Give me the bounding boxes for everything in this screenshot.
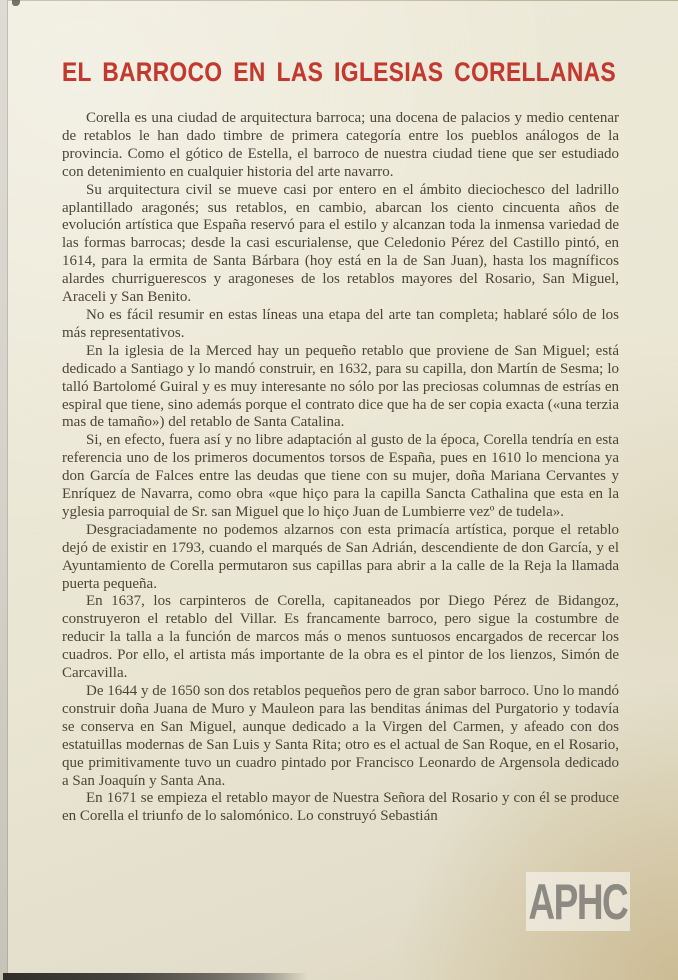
paragraph: De 1644 y de 1650 son dos retablos peque… xyxy=(62,683,619,790)
watermark-label: APHC xyxy=(529,877,628,927)
scan-edge-left xyxy=(0,0,8,980)
paragraph: No es fácil resumir en estas líneas una … xyxy=(62,307,619,343)
paragraph: Desgraciadamente no podemos alzarnos con… xyxy=(62,522,619,594)
scan-edge-bottom-shadow xyxy=(3,973,308,980)
watermark-badge: APHC xyxy=(526,872,630,931)
paragraph: En la iglesia de la Merced hay un pequeñ… xyxy=(62,343,619,433)
page-title: EL BARROCO EN LAS IGLESIAS CORELLANAS xyxy=(54,57,624,87)
paragraph: En 1671 se empieza el retablo mayor de N… xyxy=(62,790,619,826)
article-body: Corella es una ciudad de arquitectura ba… xyxy=(62,110,619,826)
paragraph: Corella es una ciudad de arquitectura ba… xyxy=(62,110,619,182)
scanned-document-page: EL BARROCO EN LAS IGLESIAS CORELLANAS Co… xyxy=(0,0,678,980)
paragraph: Si, en efecto, fuera así y no libre adap… xyxy=(62,432,619,522)
paragraph: Su arquitectura civil se mueve casi por … xyxy=(62,182,619,307)
paragraph: En 1637, los carpinteros de Corella, cap… xyxy=(62,593,619,683)
